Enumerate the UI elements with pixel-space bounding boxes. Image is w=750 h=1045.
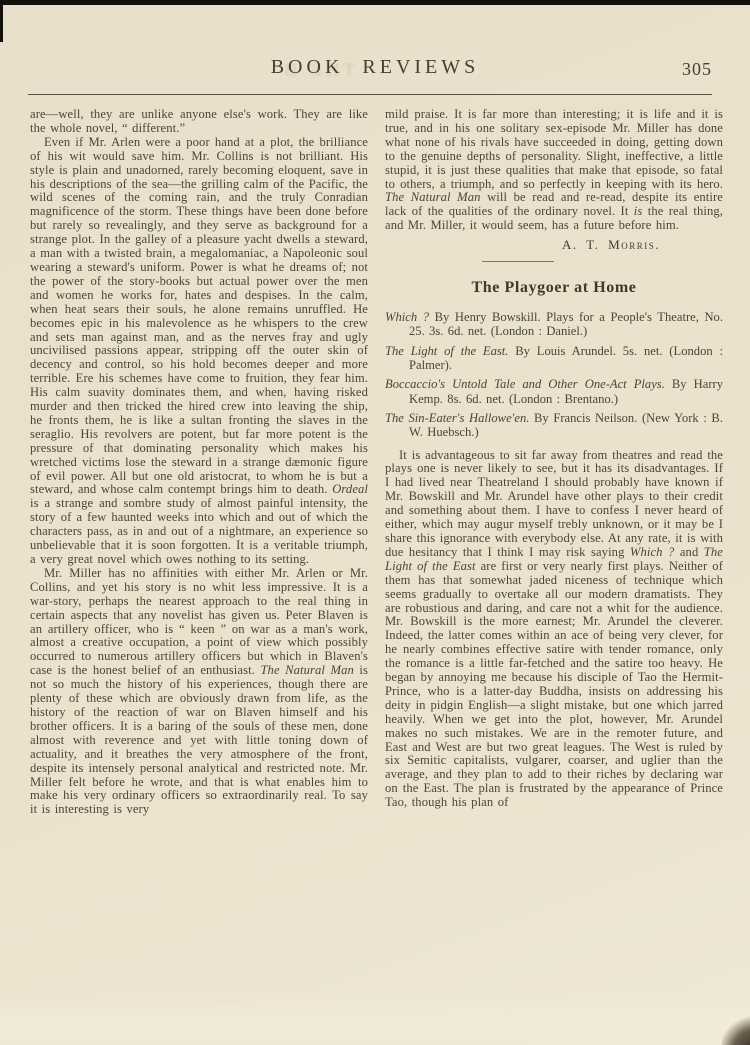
book-entry: Which ? By Henry Bowskill. Plays for a P… [385,310,723,339]
italic-text: The Natural Man [260,663,353,677]
text-run: mild praise. It is far more than interes… [385,107,723,191]
book-entry: The Light of the East. By Louis Arundel.… [385,344,723,373]
text-columns: are—well, they are unlike anyone else's … [0,95,750,817]
left-column: are—well, they are unlike anyone else's … [30,108,368,817]
review-paragraph: Even if Mr. Arlen were a poor hand at a … [30,136,368,567]
text-run: Mr. Miller has no affinities with either… [30,566,368,677]
scanned-page: THE B BOOK REVIEWS 305 are—well, they ar… [0,0,750,1045]
section-heading: The Playgoer at Home [385,279,723,297]
text-run: By Henry Bowskill. Plays for a People's … [409,310,723,338]
italic-text: The Sin-Eater's Hallowe'en. [385,411,529,425]
review-paragraph: are—well, they are unlike anyone else's … [30,108,368,136]
review-paragraph: mild praise. It is far more than interes… [385,108,723,233]
text-run: Even if Mr. Arlen were a poor hand at a … [30,135,368,497]
italic-text: The Light of the East. [385,344,508,358]
italic-text: The Natural Man [385,190,481,204]
page-corner-curl [722,1013,750,1045]
italic-text: Ordeal [332,482,368,496]
text-run: are—well, they are unlike anyone else's … [30,107,368,135]
text-run: is a strange and sombre study of almost … [30,496,368,566]
page-number: 305 [682,59,712,80]
page-header: BOOK REVIEWS 305 [0,56,750,94]
italic-text: Which ? [385,310,429,324]
text-run: and [674,545,703,559]
book-entry-list: Which ? By Henry Bowskill. Plays for a P… [385,310,723,439]
review-paragraph: Mr. Miller has no affinities with either… [30,567,368,817]
review-body: It is advantageous to sit far away from … [385,449,723,811]
review-paragraph: It is advantageous to sit far away from … [385,449,723,811]
text-run: are first or very nearly first plays. Ne… [385,559,723,809]
book-entry: Boccaccio's Untold Tale and Other One-Ac… [385,377,723,406]
review-continuation: mild praise. It is far more than interes… [385,108,723,233]
book-entry: The Sin-Eater's Hallowe'en. By Francis N… [385,411,723,440]
text-run: is not so much the history of his experi… [30,663,368,816]
paper-crease [0,990,750,1045]
italic-text: Boccaccio's Untold Tale and Other One-Ac… [385,377,665,391]
scan-edge-left [0,0,3,42]
italic-text: Which ? [630,545,675,559]
reviewer-signature: A. T. Morris. [385,237,660,253]
text-run: It is advantageous to sit far away from … [385,448,723,559]
page-title: BOOK REVIEWS [0,56,750,79]
section-divider [482,261,554,262]
right-column: mild praise. It is far more than interes… [385,108,723,817]
scan-edge-top [0,0,750,5]
